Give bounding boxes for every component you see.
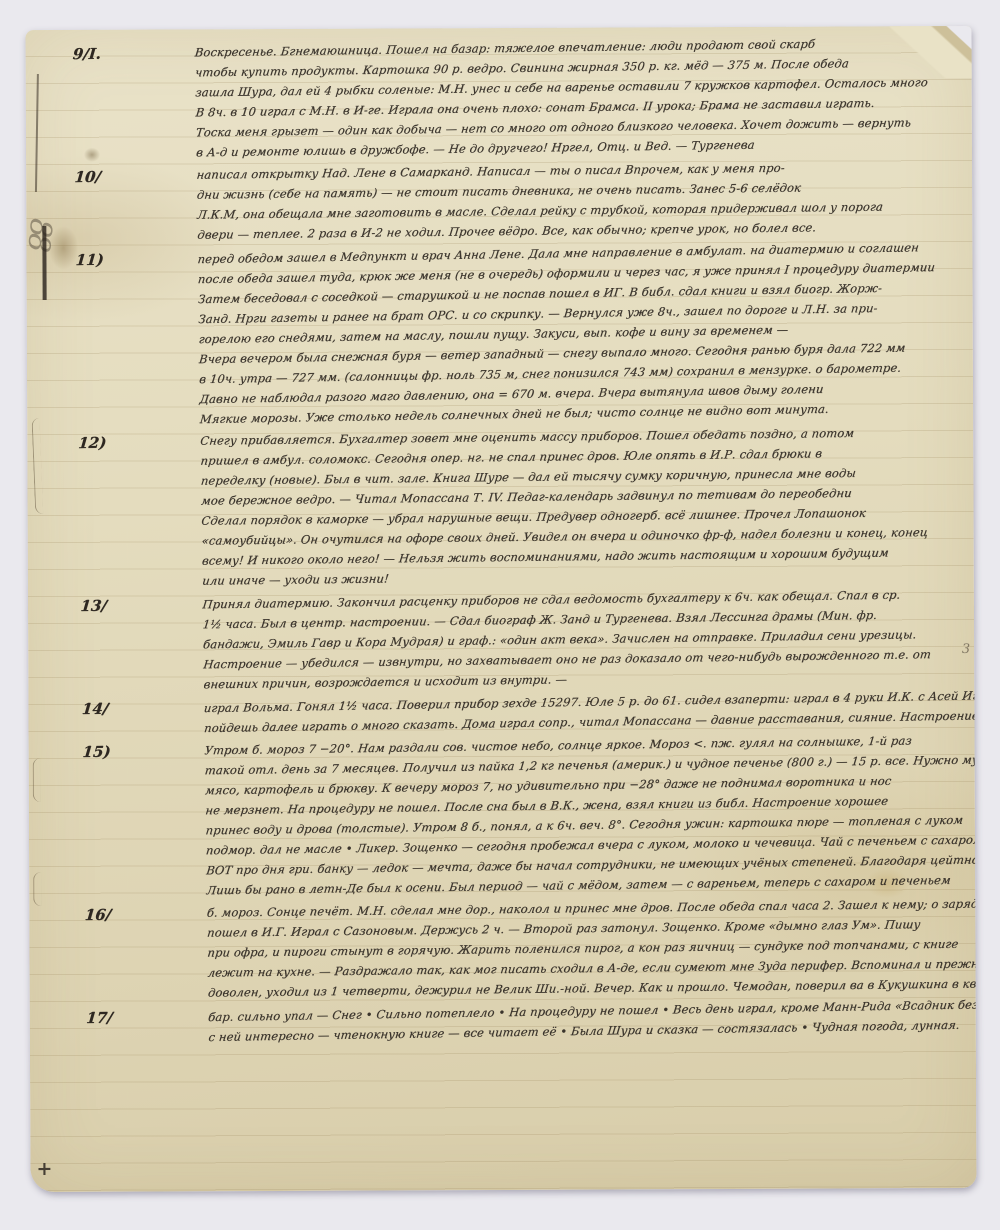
diary-entry: 17/бар. сильно упал — Снег • Сильно поте… xyxy=(88,996,962,1048)
margin-brace xyxy=(31,418,43,514)
diary-entry: 12)Снегу прибавляется. Бухгалтер зовет м… xyxy=(80,421,956,593)
diary-entry: 9/I.Воскресенье. Бгнемаюшница. Пошел на … xyxy=(75,32,951,164)
diary-entry: 16/б. мороз. Сонце печёт. М.Н. сделал мн… xyxy=(87,893,962,1005)
diary-entry: 10/написал открытку Над. Лене в Самаркан… xyxy=(76,155,951,247)
diary-entry: 15)Утром б. мороз 7 −20°. Нам раздали со… xyxy=(84,730,960,902)
diary-entry: 13/Принял диатермию. Закончил расценку п… xyxy=(82,584,957,696)
margin-stroke xyxy=(35,74,39,192)
pencil-scribble: 88 xyxy=(25,217,58,251)
margin-stroke xyxy=(42,226,46,300)
manuscript-paper: 88 + 3 9/I.Воскресенье. Бгнемаюшница. По… xyxy=(25,26,976,1192)
photo-background: { "page": { "background_color": "#eae9ee… xyxy=(0,0,1000,1230)
page-number-mark: 3 xyxy=(962,642,970,657)
diary-entries: 9/I.Воскресенье. Бгнемаюшница. Пошел на … xyxy=(75,32,963,1051)
margin-plus-mark: + xyxy=(36,1158,52,1180)
diary-entry: 11)перед обедом зашел в Медпункт и врач … xyxy=(78,238,954,430)
margin-brace xyxy=(33,872,41,906)
margin-brace xyxy=(33,758,41,802)
paper-stain xyxy=(48,226,78,270)
dog-ear-corner xyxy=(889,26,973,78)
